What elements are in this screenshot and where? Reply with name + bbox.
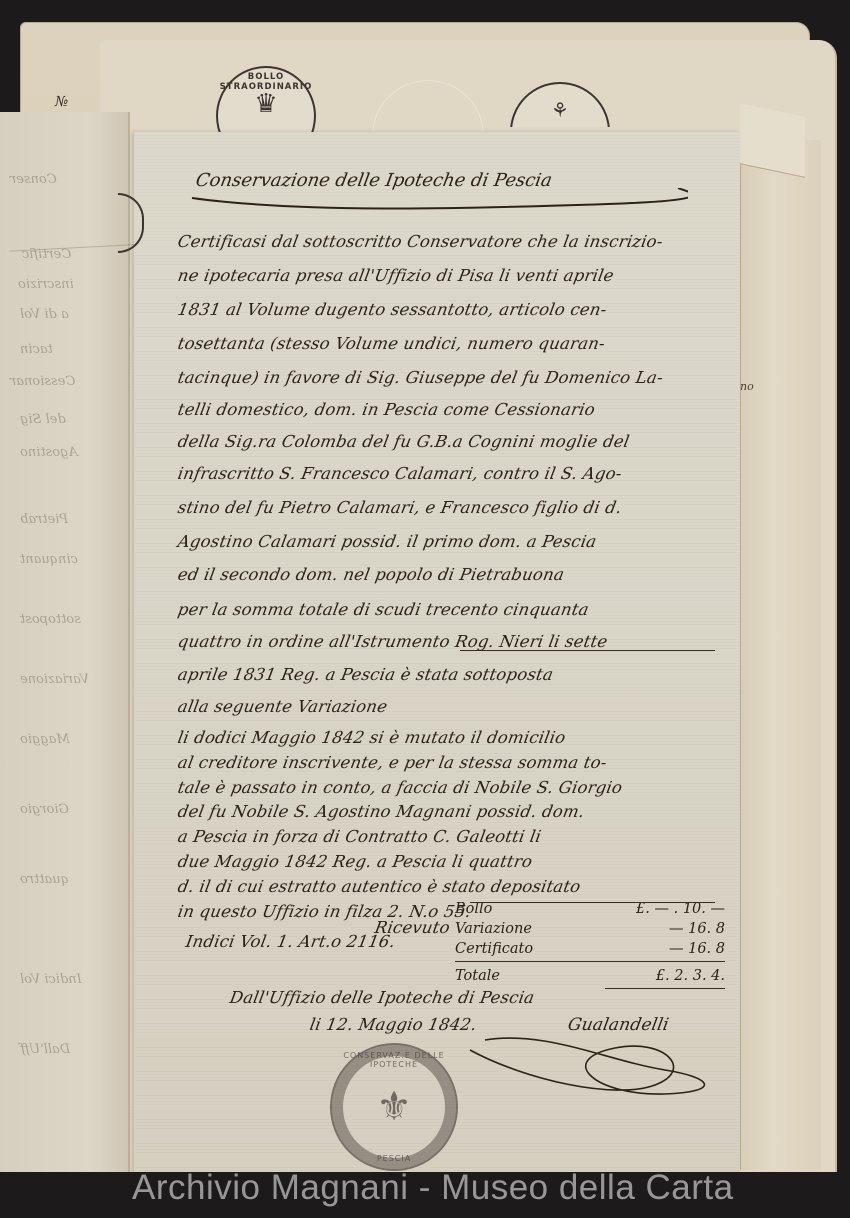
text-line: stino del fu Pietro Calamari, e Francesc… xyxy=(176,498,623,517)
text-line: tacinque) in favore di Sig. Giuseppe del… xyxy=(176,368,664,387)
fee-row: Variazione — 16. 8 xyxy=(455,917,725,937)
fee-label: Bollo xyxy=(455,901,595,917)
total-underline xyxy=(605,988,725,989)
show-through-text: a di Vol xyxy=(20,307,69,322)
show-through-text: Indici Vol xyxy=(20,972,82,987)
text-line: aprile 1831 Reg. a Pescia è stata sottop… xyxy=(176,665,554,684)
stamp-ring-text: CONSERVAZ.E DELLE IPOTECHE xyxy=(332,1051,456,1069)
text-line: al creditore inscrivente, e per la stess… xyxy=(176,753,608,772)
show-through-text: Certific xyxy=(22,247,71,262)
show-through-text: del Sig xyxy=(20,412,66,427)
show-through-text: Variazione xyxy=(20,672,89,687)
closing-date: li 12. Maggio 1842. xyxy=(308,1015,478,1034)
fee-total-label: Totale xyxy=(455,968,595,984)
show-through-text: tacin xyxy=(20,342,53,357)
closing-place: Dall'Uffizio delle Ipoteche di Pescia xyxy=(228,988,536,1007)
text-line: due Maggio 1842 Reg. a Pescia li quattro xyxy=(176,852,534,871)
stamp-ring-text: BOLLO STRAORDINARIO xyxy=(218,72,314,92)
title-underline-flourish xyxy=(188,188,688,216)
text-line: a Pescia in forza di Contratto C. Galeot… xyxy=(176,827,542,846)
signature-flourish xyxy=(465,1030,725,1100)
fee-row: Certificato — 16. 8 xyxy=(455,937,725,957)
show-through-text: Agostino xyxy=(20,445,78,460)
show-through-text: Dall'Uff xyxy=(20,1042,70,1057)
text-line: telli domestico, dom. in Pescia come Ces… xyxy=(176,400,596,419)
text-line: 1831 al Volume dugento sessantotto, arti… xyxy=(176,300,608,319)
coat-of-arms-icon: ⚜ xyxy=(376,1084,412,1130)
show-through-text: cinquant xyxy=(20,552,78,567)
line-filler-rule xyxy=(470,902,715,903)
text-line: Agostino Calamari possid. il primo dom. … xyxy=(176,532,598,551)
fee-amount: — 16. 8 xyxy=(625,941,725,957)
left-verso-page: Conser Certific inscrizio a di Vol tacin… xyxy=(0,112,130,1172)
margin-note: no xyxy=(740,380,754,393)
text-line: in questo Uffizio in filza 2. N.o 55. xyxy=(176,902,472,921)
fee-label: Certificato xyxy=(455,941,595,957)
text-line: tosettanta (stesso Volume undici, numero… xyxy=(176,334,606,353)
line-filler-rule xyxy=(460,650,715,651)
text-line: del fu Nobile S. Agostino Magnani possid… xyxy=(176,802,586,821)
fee-amount: £. — . 10. — xyxy=(625,901,725,917)
text-line: per la somma totale di scudi trecento ci… xyxy=(176,600,590,619)
registry-note: Indici Vol. 1. Art.o 2116. xyxy=(184,932,396,951)
archive-watermark: Archivio Magnani - Museo della Carta xyxy=(132,1168,850,1208)
text-line: infrascritto S. Francesco Calamari, cont… xyxy=(176,464,623,483)
fee-label: Variazione xyxy=(455,921,595,937)
text-line: ne ipotecaria presa all'Uffizio di Pisa … xyxy=(176,266,615,285)
fee-table: Bollo £. — . 10. — Variazione — 16. 8 Ce… xyxy=(455,897,725,989)
show-through-text: Giorgio xyxy=(20,802,69,817)
show-through-text: Maggio xyxy=(20,732,70,747)
right-sheet-edge xyxy=(740,140,821,1170)
text-line: della Sig.ra Colomba del fu G.B.a Cognin… xyxy=(176,432,631,451)
text-line: alla seguente Variazione xyxy=(176,697,389,716)
text-line: quattro in ordine all'Istrumento Rog. Ni… xyxy=(176,632,609,651)
show-through-text: Pietrab xyxy=(20,512,68,527)
text-line: tale è passato in conto, a faccia di Nob… xyxy=(176,778,624,797)
show-through-text: Cessionar xyxy=(10,374,75,389)
show-through-text: Conser xyxy=(10,172,57,187)
page-mark: № xyxy=(55,94,68,110)
text-line: ed il secondo dom. nel popolo di Pietrab… xyxy=(176,565,565,584)
show-through-text: quattro xyxy=(20,872,69,887)
crown-crest-icon: ♛ xyxy=(254,89,277,119)
fee-amount: — 16. 8 xyxy=(625,921,725,937)
fee-total-amount: £. 2. 3. 4. xyxy=(625,968,725,984)
fee-row: Bollo £. — . 10. — xyxy=(455,897,725,917)
text-line: li dodici Maggio 1842 si è mutato il dom… xyxy=(176,728,567,747)
show-through-text: sottopost xyxy=(20,612,81,627)
conservatoria-ipoteche-stamp: CONSERVAZ.E DELLE IPOTECHE ⚜ PESCIA xyxy=(330,1043,458,1171)
fee-total-row: Totale £. 2. 3. 4. xyxy=(455,961,725,984)
text-line: d. il di cui estratto autentico è stato … xyxy=(176,877,582,896)
text-line: Certificasi dal sottoscritto Conservator… xyxy=(176,232,664,251)
show-through-text: inscrizio xyxy=(18,277,74,292)
allegorical-figure-icon: ⚘ xyxy=(551,98,569,122)
stamp-place-text: PESCIA xyxy=(332,1154,456,1163)
